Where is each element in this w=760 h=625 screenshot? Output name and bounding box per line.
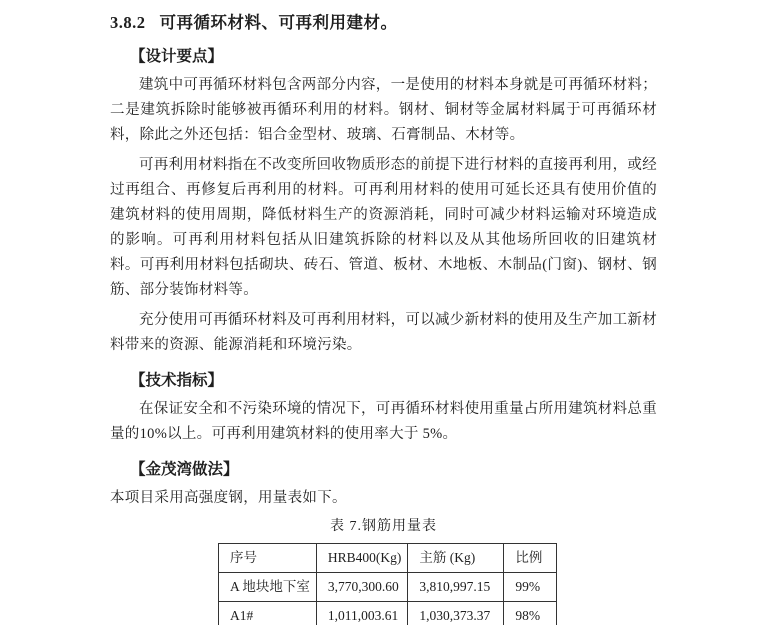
paragraph-benefits: 充分使用可再循环材料及可再利用材料，可以减少新材料的使用及生产加工新材料带来的资… [110, 308, 657, 358]
table-header-main-rebar: 主筋 (Kg) [408, 544, 504, 573]
table-cell-main-rebar-value: 3,810,997.15 [408, 573, 504, 602]
heading-technical-indicators: 【技术指标】 [110, 370, 657, 392]
table-header-row: 序号 HRB400(Kg) 主筋 (Kg) 比例 [219, 544, 557, 573]
table-cell-plot-a-basement: A 地块地下室 [219, 573, 317, 602]
table-cell-a1: A1# [219, 602, 317, 625]
paragraph-technical-indicators: 在保证安全和不污染环境的情况下，可再循环材料使用重量占所用建筑材料总重量的10%… [110, 397, 657, 447]
section-number: 3.8.2 [110, 12, 146, 34]
table-cell-ratio-value: 99% [504, 573, 557, 602]
paragraph-project-practice: 本项目采用高强度钢，用量表如下。 [110, 486, 657, 511]
document-page: 3.8.2 可再循环材料、可再利用建材。 【设计要点】 建筑中可再循环材料包含两… [0, 0, 760, 625]
table-header-ratio: 比例 [504, 544, 557, 573]
heading-jinmaowan-practice: 【金茂湾做法】 [110, 459, 657, 481]
rebar-usage-table: 序号 HRB400(Kg) 主筋 (Kg) 比例 A 地块地下室 3,770,3… [218, 543, 557, 625]
table-cell-ratio-value: 98% [504, 602, 557, 625]
page-title: 3.8.2 可再循环材料、可再利用建材。 [110, 12, 657, 34]
table-cell-main-rebar-value: 1,030,373.37 [408, 602, 504, 625]
table-header-hrb400: HRB400(Kg) [316, 544, 408, 573]
table-row: A1# 1,011,003.61 1,030,373.37 98% [219, 602, 557, 625]
table-cell-hrb400-value: 1,011,003.61 [316, 602, 408, 625]
table-header-serial: 序号 [219, 544, 317, 573]
table-row: A 地块地下室 3,770,300.60 3,810,997.15 99% [219, 573, 557, 602]
paragraph-reusable-definition: 可再利用材料指在不改变所回收物质形态的前提下进行材料的直接再利用，或经过再组合、… [110, 153, 657, 303]
section-title-text: 可再循环材料、可再利用建材。 [160, 12, 398, 34]
table-cell-hrb400-value: 3,770,300.60 [316, 573, 408, 602]
table-caption: 表 7.钢筋用量表 [110, 517, 657, 537]
paragraph-recyclable-definition: 建筑中可再循环材料包含两部分内容，一是使用的材料本身就是可再循环材料；二是建筑拆… [110, 73, 657, 148]
heading-design-points: 【设计要点】 [110, 46, 657, 68]
